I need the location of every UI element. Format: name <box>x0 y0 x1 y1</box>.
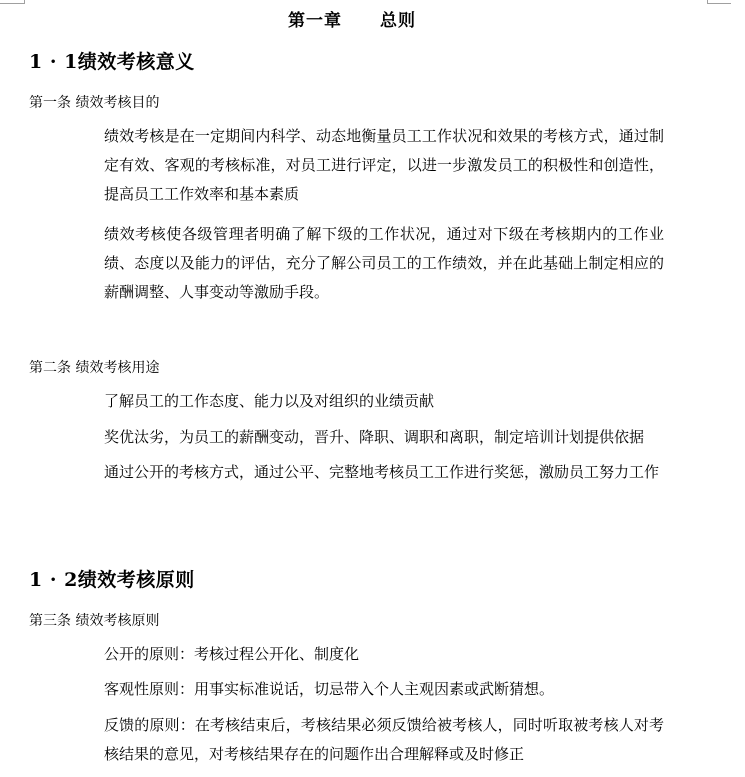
page-corner-mark-left <box>0 0 25 4</box>
article-1-title: 第一条 绩效考核目的 <box>29 92 159 112</box>
article-1-paragraph-2: 绩效考核使各级管理者明确了解下级的工作状况，通过对下级在考核期内的工作业绩、态度… <box>104 220 664 307</box>
article-2-paragraph-1: 了解员工的工作态度、能力以及对组织的业绩贡献 <box>104 387 664 416</box>
section-heading-1-1: 1 · 1绩效考核意义 <box>29 47 195 74</box>
article-2-title: 第二条 绩效考核用途 <box>29 357 159 377</box>
article-3-paragraph-3: 反馈的原则：在考核结束后，考核结果必须反馈给被考核人，同时听取被考核人对考核结果… <box>104 711 664 769</box>
article-3-paragraph-2: 客观性原则：用事实标准说话，切忌带入个人主观因素或武断猜想。 <box>104 675 664 704</box>
article-2-paragraph-2: 奖优汰劣，为员工的薪酬变动，晋升、降职、调职和离职，制定培训计划提供依据 <box>104 423 664 452</box>
article-1-paragraph-1: 绩效考核是在一定期间内科学、动态地衡量员工工作状况和效果的考核方式，通过制定有效… <box>104 122 664 209</box>
chapter-name: 总则 <box>380 11 416 31</box>
section-heading-1-2: 1 · 2绩效考核原则 <box>29 565 195 592</box>
chapter-title: 第一章总则 <box>288 6 416 31</box>
chapter-number: 第一章 <box>288 11 342 31</box>
page-corner-mark-right <box>707 0 731 4</box>
article-3-paragraph-1: 公开的原则：考核过程公开化、制度化 <box>104 640 664 669</box>
article-2-paragraph-3: 通过公开的考核方式，通过公平、完整地考核员工工作进行奖惩，激励员工努力工作 <box>104 458 664 487</box>
article-3-title: 第三条 绩效考核原则 <box>29 610 159 630</box>
